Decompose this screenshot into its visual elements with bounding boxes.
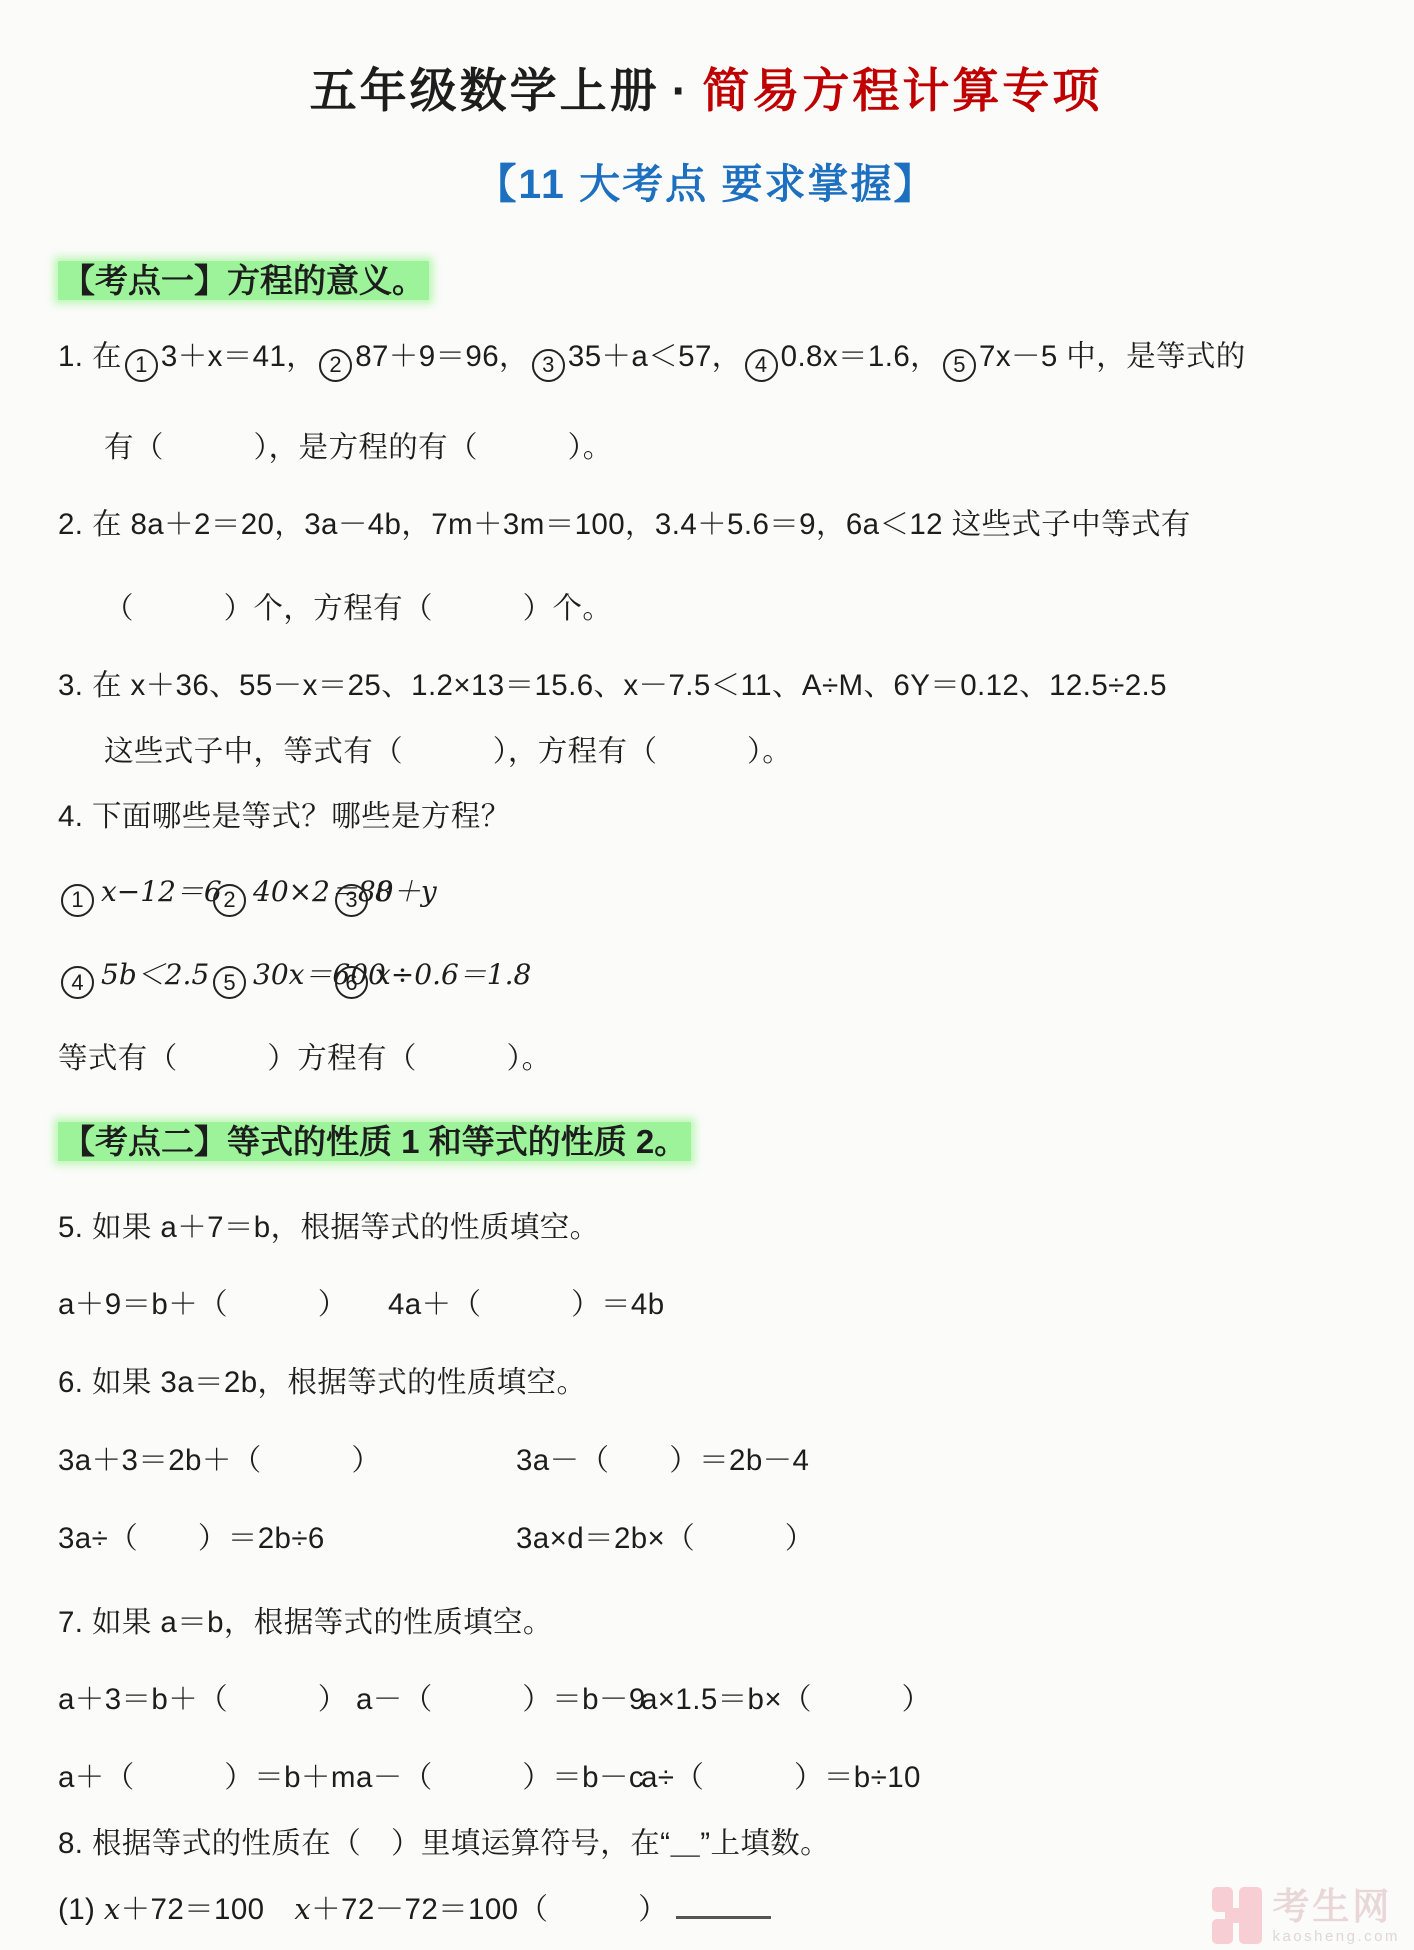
worksheet-page: 五年级数学上册·简易方程计算专项 【11 大考点 要求掌握】 【考点一】方程的意… [0, 0, 1414, 1927]
equation-item-6: 6x÷0.6＝1.8 [332, 953, 1354, 1000]
q4-line-1: 4. 下面哪些是等式？哪些是方程？ [58, 799, 1354, 834]
equation-blank: a－（ ）＝b－9 [356, 1676, 641, 1718]
q5-line-1: 5. 如果 a＋7＝b，根据等式的性质填空。 [58, 1210, 1354, 1245]
q7-equations-row-1: a＋3＝b＋（ ） a－（ ）＝b－9 a×1.5＝b×（ ） [58, 1676, 1354, 1718]
section-2-heading-text: 【考点二】等式的性质 1 和等式的性质 2。 [58, 1122, 691, 1161]
watermark-site-domain: kaosheng.com [1272, 1929, 1400, 1944]
equation-blank: a＋9＝b＋（ ） [58, 1281, 388, 1323]
equation-item-2: 240×2＝80 [210, 870, 332, 917]
q4-equations-row-1: 1x−12＝6 240×2＝80 38＋y [58, 870, 1354, 917]
q1-line-1: 1. 在13＋x＝41，287＋9＝96，335＋a＜57，40.8x＝1.6，… [58, 339, 1354, 382]
equation-blank: 3a÷（ ）＝2b÷6 [58, 1515, 516, 1557]
equation-blank: a＋（ ）＝b＋m [58, 1754, 356, 1796]
q7-line-1: 7. 如果 a＝b，根据等式的性质填空。 [58, 1605, 1354, 1640]
circled-number-icon: 6 [335, 966, 368, 999]
circled-number-icon: 2 [213, 884, 246, 917]
circled-number-icon: 4 [61, 966, 94, 999]
page-subtitle: 【11 大考点 要求掌握】 [58, 151, 1354, 210]
equation-blank: 3a－（ ）＝2b－4 [516, 1437, 1354, 1479]
q3-line-1: 3. 在 x＋36、55－x＝25、1.2×13＝15.6、x－7.5＜11、A… [58, 668, 1354, 703]
equation-text: 5b＜2.5 [101, 958, 209, 991]
q3-line-2: 这些式子中，等式有（ ），方程有（ ）。 [104, 734, 1354, 769]
equation-text: x÷0.6＝1.8 [375, 958, 531, 991]
circled-number-icon: 3 [335, 884, 368, 917]
q8-line-2: (1) x＋72＝100 x＋72－72＝100（ ） [58, 1892, 1354, 1927]
equation-blank: 4a＋（ ）＝4b [388, 1281, 1354, 1323]
equation-item-1: 1x−12＝6 [58, 870, 210, 917]
equation-item-4: 45b＜2.5 [58, 953, 210, 1000]
q1-line-2: 有（ ），是方程的有（ ）。 [104, 430, 1354, 465]
section-1-heading-text: 【考点一】方程的意义。 [58, 261, 429, 300]
equation-item-3: 38＋y [332, 870, 1354, 917]
equation-blank: 3a×d＝2b×（ ） [516, 1515, 1354, 1557]
title-separator-dot: · [672, 64, 691, 117]
title-grade-part: 五年级数学上册 [310, 64, 660, 117]
kaosheng-logo-icon [1212, 1887, 1262, 1944]
equation-blank: a＋3＝b＋（ ） [58, 1676, 356, 1718]
watermark-site-name: 考生网 [1272, 1888, 1400, 1925]
q2-line-2: （ ）个，方程有（ ）个。 [104, 591, 1354, 626]
section-2-heading: 【考点二】等式的性质 1 和等式的性质 2。 [58, 1121, 1354, 1162]
q7-equations-row-2: a＋（ ）＝b＋m a－（ ）＝b－c a÷（ ）＝b÷10 [58, 1754, 1354, 1796]
watermark: 考生网 kaosheng.com [1212, 1887, 1400, 1944]
q6-line-1: 6. 如果 3a＝2b，根据等式的性质填空。 [58, 1365, 1354, 1400]
circled-number-icon: 1 [61, 884, 94, 917]
q6-equations-row-2: 3a÷（ ）＝2b÷6 3a×d＝2b×（ ） [58, 1515, 1354, 1557]
q6-equations-row-1: 3a＋3＝2b＋（ ） 3a－（ ）＝2b－4 [58, 1437, 1354, 1479]
equation-blank: 3a＋3＝2b＋（ ） [58, 1437, 516, 1479]
section-1-heading: 【考点一】方程的意义。 [58, 260, 1354, 301]
equation-text: x−12＝6 [101, 875, 222, 908]
equation-blank: a÷（ ）＝b÷10 [641, 1754, 1354, 1796]
page-title: 五年级数学上册·简易方程计算专项 [58, 54, 1354, 121]
watermark-text: 考生网 kaosheng.com [1272, 1888, 1400, 1944]
q2-line-1: 2. 在 8a＋2＝20，3a－4b，7m＋3m＝100，3.4＋5.6＝9，6… [58, 507, 1354, 542]
equation-item-5: 530x＝600 [210, 953, 332, 1000]
equation-text: 8＋y [375, 875, 437, 908]
equation-blank: a×1.5＝b×（ ） [641, 1676, 1354, 1718]
q5-equations-row: a＋9＝b＋（ ） 4a＋（ ）＝4b [58, 1281, 1354, 1323]
equation-blank: a－（ ）＝b－c [356, 1754, 641, 1796]
q4-line-2: 等式有（ ）方程有（ ）。 [58, 1041, 1354, 1076]
circled-number-icon: 5 [213, 966, 246, 999]
title-topic-part: 简易方程计算专项 [702, 64, 1102, 117]
q8-line-1: 8. 根据等式的性质在（ ）里填运算符号，在“＿”上填数。 [58, 1826, 1354, 1861]
q4-equations-row-2: 45b＜2.5 530x＝600 6x÷0.6＝1.8 [58, 953, 1354, 1000]
